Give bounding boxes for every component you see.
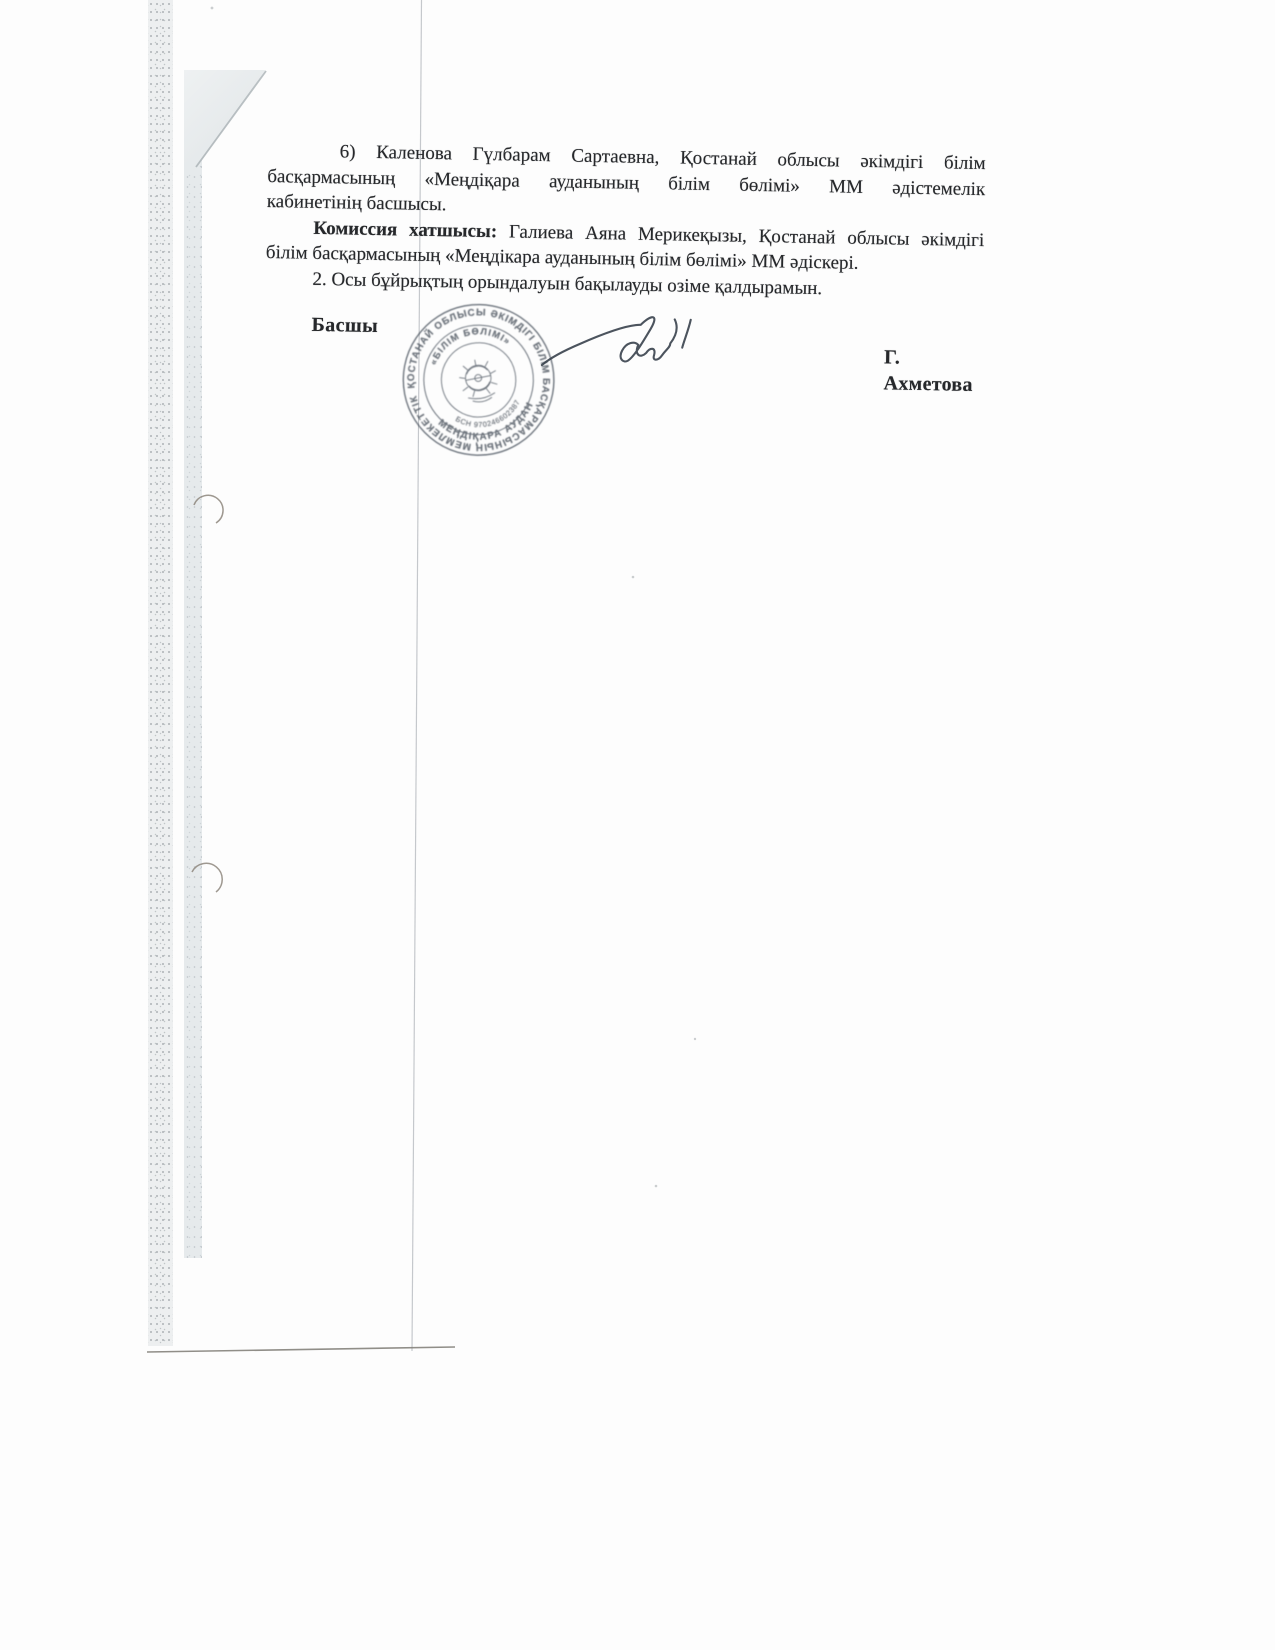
document-content: 6) Каленова Гүлбарам Сартаевна, Қостанай… <box>262 138 986 481</box>
page-bottom-edge <box>147 1347 455 1352</box>
scanner-edge-band <box>148 0 173 1346</box>
scanned-document-page: 6) Каленова Гүлбарам Сартаевна, Қостанай… <box>0 0 1275 1650</box>
state-emblem-icon <box>456 356 501 405</box>
signature-main-stroke <box>542 315 677 367</box>
signature-block: Басшы ҚОСТАНАЙ ОБЛЫСЫ ӘКІМДІГІ БІЛІМ БАС… <box>262 298 983 481</box>
page-corner-fold-shadow <box>184 70 268 170</box>
paragraph-appointee: 6) Каленова Гүлбарам Сартаевна, Қостанай… <box>267 138 986 228</box>
paragraph-text: кабинетінің басшысы. <box>267 191 447 215</box>
secretary-label: Комиссия хатшысы: <box>313 217 497 241</box>
signer-role-label: Басшы <box>311 313 378 340</box>
signature-scribble <box>535 301 697 396</box>
signer-name: Г. Ахметова <box>883 345 982 398</box>
signature-final-stroke <box>682 320 691 348</box>
page-edge-shadow-band <box>184 72 202 1258</box>
